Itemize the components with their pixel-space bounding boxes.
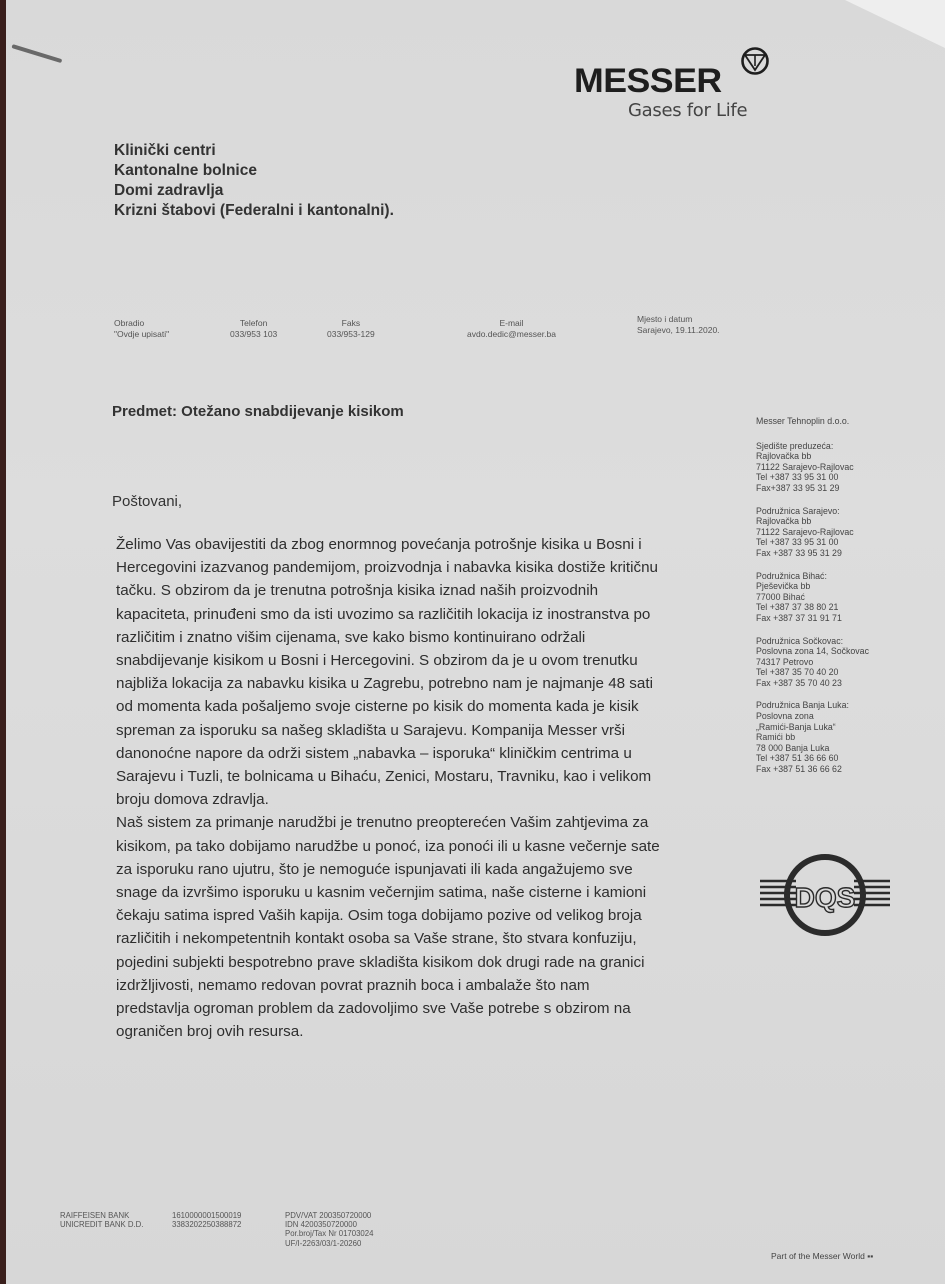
body-line: kapaciteta, prinuđeni smo da isti uvozim… [116, 603, 756, 626]
ref-label: Obradio [114, 318, 169, 329]
branch-line: Podružnica Sarajevo: [756, 506, 936, 517]
branch-block: Sjedište preduzeća:Rajlovačka bb71122 Sa… [756, 441, 936, 494]
body-line: od momenta kada pošaljemo svoje cisterne… [116, 695, 756, 718]
branch-line: Tel +387 35 70 40 20 [756, 667, 936, 678]
email-link[interactable]: avdo.dedic@messer.ba [467, 329, 556, 340]
subject-line: Predmet: Otežano snabdijevanje kisikom [112, 403, 404, 420]
brand-tagline: Gases for Life [628, 100, 747, 121]
branch-block: Podružnica Sarajevo:Rajlovačka bb71122 S… [756, 506, 936, 559]
body-line: čekaju satima ispred Vaših kapija. Osim … [116, 904, 756, 927]
tax-line: Por.broj/Tax Nr 01703024 [285, 1229, 373, 1238]
body-line: Želimo Vas obavijestiti da zbog enormnog… [116, 533, 756, 556]
branch-line: Fax +387 33 95 31 29 [756, 548, 936, 559]
folded-corner [845, 0, 945, 48]
branch-line: 77000 Bihać [756, 592, 936, 603]
ref-value: Sarajevo, 19.11.2020. [637, 325, 720, 336]
ref-telefon: Telefon 033/953 103 [230, 318, 277, 340]
recipient: Krizni štabovi (Federalni i kantonalni). [114, 201, 394, 221]
branch-line: Podružnica Banja Luka: [756, 700, 936, 711]
branch-line: Tel +387 33 95 31 00 [756, 537, 936, 548]
body-line: broju domova zdravlja. [116, 788, 756, 811]
branch-line: Pješevička bb [756, 581, 936, 592]
body-line: kisikom, pa tako dobijamo narudžbe u pon… [116, 835, 756, 858]
ref-email: E-mail avdo.dedic@messer.ba [467, 318, 556, 340]
body-line: ograničen broj ovih resursa. [116, 1020, 756, 1043]
tax-line: UF/I-2263/03/1-20260 [285, 1239, 373, 1248]
branch-line: 74317 Petrovo [756, 657, 936, 668]
bank-names: RAIFFEISEN BANK UNICREDIT BANK D.D. [60, 1211, 143, 1229]
branch-block: Podružnica Sočkovac:Poslovna zona 14, So… [756, 636, 936, 689]
branch-line: Rajlovačka bb [756, 451, 936, 462]
branch-block: Podružnica Bihać:Pješevička bb77000 Biha… [756, 571, 936, 624]
branch-line: Fax +387 51 36 66 62 [756, 764, 936, 775]
salutation: Poštovani, [112, 493, 182, 510]
body-line: Naš sistem za primanje narudžbi je trenu… [116, 811, 756, 834]
branch-line: Podružnica Sočkovac: [756, 636, 936, 647]
branch-line: Tel +387 37 38 80 21 [756, 602, 936, 613]
bank-account: 3383202250388872 [172, 1220, 241, 1229]
ref-faks: Faks 033/953-129 [327, 318, 375, 340]
body-line: tačku. S obzirom da je trenutna potrošnj… [116, 579, 756, 602]
recipient: Kantonalne bolnice [114, 161, 394, 181]
body-line: različitim i znatno višim cijenama, sve … [116, 626, 756, 649]
tax-line: PDV/VAT 200350720000 [285, 1211, 373, 1220]
branch-line: 71122 Sarajevo-Rajlovac [756, 462, 936, 473]
ref-value: "Ovdje upisati" [114, 329, 169, 340]
branch-line: Poslovna zona 14, Sočkovac [756, 646, 936, 657]
body-line: najbliža lokacija za nabavku kisika u Za… [116, 672, 756, 695]
messer-logo-icon [740, 46, 770, 76]
company-sidebar: Messer Tehnoplin d.o.o. Sjedište preduze… [756, 416, 936, 787]
branch-line: Rajlovačka bb [756, 516, 936, 527]
branch-line: Fax +387 37 31 91 71 [756, 613, 936, 624]
body-line: snage da izvršimo isporuku u kasnim veče… [116, 881, 756, 904]
branch-line: Fax +387 35 70 40 23 [756, 678, 936, 689]
branch-line: 78 000 Banja Luka [756, 743, 936, 754]
body-line: predstavlja ogroman problem da zadovolji… [116, 997, 756, 1020]
body-line: snabdijevanje kisikom u Bosni i Hercegov… [116, 649, 756, 672]
ref-value: 033/953 103 [230, 329, 277, 340]
bank-accounts: 1610000001500019 3383202250388872 [172, 1211, 241, 1229]
body-line: spreman za isporuku sa našeg skladišta u… [116, 719, 756, 742]
branch-line: Fax+387 33 95 31 29 [756, 483, 936, 494]
branch-line: Sjedište preduzeća: [756, 441, 936, 452]
branch-list: Sjedište preduzeća:Rajlovačka bb71122 Sa… [756, 441, 936, 775]
branch-line: Ramići bb [756, 732, 936, 743]
ref-label: Mjesto i datum [637, 314, 720, 325]
cert-label: DQS [795, 882, 856, 913]
branch-line: „Ramići-Banja Luka“ [756, 722, 936, 733]
recipient-list: Klinički centri Kantonalne bolnice Domi … [114, 141, 394, 221]
branch-line: 71122 Sarajevo-Rajlovac [756, 527, 936, 538]
branch-line: Podružnica Bihać: [756, 571, 936, 582]
ref-label: Faks [327, 318, 375, 329]
recipient: Klinički centri [114, 141, 394, 161]
body-line: Hercegovini izazvanog pandemijom, proizv… [116, 556, 756, 579]
ref-place-date: Mjesto i datum Sarajevo, 19.11.2020. [637, 314, 720, 336]
branch-line: Tel +387 33 95 31 00 [756, 472, 936, 483]
body-line: različitih i nekompetentnih kontakt osob… [116, 927, 756, 950]
footer-tagline-text: Part of the Messer World [771, 1251, 865, 1261]
tax-line: IDN 4200350720000 [285, 1220, 373, 1229]
body-line: Sarajevu i Tuzli, te bolnicama u Bihaću,… [116, 765, 756, 788]
bank-account: 1610000001500019 [172, 1211, 241, 1220]
ref-label: E-mail [467, 318, 556, 329]
body-line: za isporuku rano ujutru, što je nemoguće… [116, 858, 756, 881]
body-line: pojedini subjekti bespotrebno prave skla… [116, 951, 756, 974]
branch-line: Tel +387 51 36 66 60 [756, 753, 936, 764]
body-line: danonoćne napore da održi sistem „nabavk… [116, 742, 756, 765]
ref-obradio: Obradio "Ovdje upisati" [114, 318, 169, 340]
company-name: Messer Tehnoplin d.o.o. [756, 416, 936, 427]
tax-info: PDV/VAT 200350720000 IDN 4200350720000 P… [285, 1211, 373, 1248]
dqs-certification-icon: DQS [760, 850, 890, 940]
footer-tagline: Part of the Messer World ▪▪ [771, 1251, 873, 1261]
brand-name: MESSER [574, 62, 722, 101]
branch-block: Podružnica Banja Luka:Poslovna zona„Rami… [756, 700, 936, 774]
ref-label: Telefon [230, 318, 277, 329]
dots-icon: ▪▪ [867, 1251, 873, 1261]
ref-value: 033/953-129 [327, 329, 375, 340]
body-line: izdržljivosti, nemamo redovan povrat pra… [116, 974, 756, 997]
letter-body: Želimo Vas obavijestiti da zbog enormnog… [116, 533, 756, 1043]
bank-name: RAIFFEISEN BANK [60, 1211, 143, 1220]
branch-line: Poslovna zona [756, 711, 936, 722]
bank-name: UNICREDIT BANK D.D. [60, 1220, 143, 1229]
recipient: Domi zadravlja [114, 181, 394, 201]
